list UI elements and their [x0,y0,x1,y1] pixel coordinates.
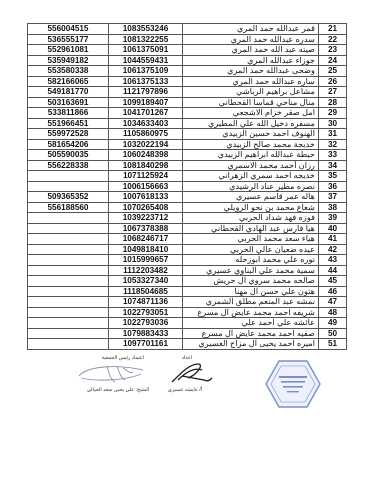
national-id-cell: 1105860975 [109,129,183,140]
phone-cell: 503163691 [28,97,109,108]
phone-cell: 559972528 [28,129,109,140]
row-number-cell: 36 [319,181,347,192]
table-row: 1022793051شريفه احمد محمد عايض آل مسرع48 [28,307,347,318]
national-id-cell: 1041701267 [109,108,183,119]
national-id-cell: 1068246717 [109,234,183,245]
national-id-cell: 1007618133 [109,192,183,203]
phone-cell: 533811866 [28,108,109,119]
name-cell: عيده ضعيان عالي الحربي [183,244,319,255]
name-cell: خديجه احمد سمري الزهراني [183,171,319,182]
name-cell: نصره مطير عناد الرشيدي [183,181,319,192]
name-cell: صالحه محمد سروي آل حريش [183,276,319,287]
row-number-cell: 32 [319,139,347,150]
row-number-cell: 30 [319,118,347,129]
table-row: 1022793036عائشه علي احمد علي49 [28,318,347,329]
row-number-cell: 41 [319,234,347,245]
row-number-cell: 26 [319,76,347,87]
name-cell: اميره احمد يحيى آل مزاح العسيري [183,339,319,350]
phone-cell [28,307,109,318]
row-number-cell: 35 [319,171,347,182]
table-row: 1118504685هتون علي حسن آل مهنا46 [28,286,347,297]
table-row: 5365551771081322255سدره عبدالله حمد المر… [28,34,347,45]
table-row: 1039223712فوزه فهد شداد الحربي39 [28,213,347,224]
row-number-cell: 33 [319,150,347,161]
national-id-cell: 1074871136 [109,297,183,308]
row-number-cell: 28 [319,97,347,108]
name-cell: منال مناحي قماسا القحطاني [183,97,319,108]
name-cell: عائشه علي احمد علي [183,318,319,329]
name-cell: شعاع محمد بن نحو الرويلي [183,202,319,213]
name-cell: هيا فارس عبد الهادي القحطاني [183,223,319,234]
phone-cell: 505590035 [28,150,109,161]
table-row: 5535803381061375109وضحى عبدالله حمد المر… [28,66,347,77]
row-number-cell: 42 [319,244,347,255]
table-row: 5821660651061375133ساره عبدالله حمد المر… [28,76,347,87]
national-id-cell: 1061375133 [109,76,183,87]
national-id-cell: 1044559431 [109,55,183,66]
table-row: 1068246717هياء سعد محمد الحربي41 [28,234,347,245]
name-cell: صيته عبد الله حمد المري [183,45,319,56]
national-id-cell: 1039223712 [109,213,183,224]
national-id-cell: 1081322255 [109,34,183,45]
name-cell: نوره علي محمد ابوزحله [183,255,319,266]
phone-cell [28,223,109,234]
row-number-cell: 27 [319,87,347,98]
name-cell: سدره عبدالله حمد المري [183,34,319,45]
prepared-signature-icon [168,360,213,386]
table-row: 1097701161اميره احمد يحيى آل مزاح العسير… [28,339,347,350]
national-id-cell: 1079883433 [109,328,183,339]
name-cell: قمر عبدالله حمد المري [183,24,319,35]
national-id-cell: 1118504685 [109,286,183,297]
phone-cell [28,339,109,350]
phone-cell [28,234,109,245]
phone-cell: 552961081 [28,45,109,56]
phone-cell [28,318,109,329]
national-id-cell: 1070265408 [109,202,183,213]
name-cell: هتون علي حسن آل مهنا [183,286,319,297]
phone-cell: 556188560 [28,202,109,213]
row-number-cell: 44 [319,265,347,276]
table-row: 5338118661041701267امل صقر خزام الاشجعي2… [28,108,347,119]
national-id-cell: 1099189407 [109,97,183,108]
national-id-cell: 1032022194 [109,139,183,150]
row-number-cell: 50 [319,328,347,339]
name-cell: مشاعل براهيم الرباشي [183,87,319,98]
row-number-cell: 22 [319,34,347,45]
national-id-cell: 1097701161 [109,339,183,350]
row-number-cell: 46 [319,286,347,297]
name-cell: حيطة عبدالله ابراهيم الزبيدي [183,150,319,161]
table-row: 1112203482سمية محمد علي البناوي عسيري44 [28,265,347,276]
national-id-cell: 1112203482 [109,265,183,276]
name-cell: رزان أحمد محمد الاسمري [183,160,319,171]
row-number-cell: 31 [319,129,347,140]
phone-cell: 582166065 [28,76,109,87]
national-id-cell: 1022793051 [109,307,183,318]
name-cell: سمية محمد علي البناوي عسيري [183,265,319,276]
table-row: 1049818410عيده ضعيان عالي الحربي42 [28,244,347,255]
table-row: 5031636911099189407منال مناحي قماسا القح… [28,97,347,108]
row-number-cell: 43 [319,255,347,266]
member-table-body: 5560045151083553246قمر عبدالله حمد المري… [28,24,347,350]
name-cell: خديجة محمد صالح الزبيدي [183,139,319,150]
name-cell: امل صقر خزام الاشجعي [183,108,319,119]
row-number-cell: 38 [319,202,347,213]
name-cell: وضحى عبدالله حمد المري [183,66,319,77]
table-row: 5560045151083553246قمر عبدالله حمد المري… [28,24,347,35]
table-row: 5359491821044559431جوزاء عبدالله المري24 [28,55,347,66]
table-row: 1071125924خديجه احمد سمري الزهراني35 [28,171,347,182]
phone-cell: 549181770 [28,87,109,98]
national-id-cell: 1083553246 [109,24,183,35]
phone-cell: 581654206 [28,139,109,150]
row-number-cell: 25 [319,66,347,77]
approval-title: اعتماد رئيس الجمعية [88,355,158,361]
row-number-cell: 45 [319,276,347,287]
table-row: 5491817701121797896مشاعل براهيم الرباشي2… [28,87,347,98]
phone-cell [28,213,109,224]
table-row: 5529610811061375091صيته عبد الله حمد الم… [28,45,347,56]
row-number-cell: 34 [319,160,347,171]
national-id-cell: 1061375109 [109,66,183,77]
table-row: 1079883433صفيه احمد محمد عايض آل مسرع50 [28,328,347,339]
phone-cell: 535949182 [28,55,109,66]
name-cell: صفيه احمد محمد عايض آل مسرع [183,328,319,339]
national-id-cell: 1067378388 [109,223,183,234]
document-page: 5560045151083553246قمر عبدالله حمد المري… [0,0,366,500]
national-id-cell: 1006156663 [109,181,183,192]
row-number-cell: 23 [319,45,347,56]
table-row: 5519664511034633403مسفره دخيل الله علي ا… [28,118,347,129]
row-number-cell: 29 [319,108,347,119]
row-number-cell: 48 [319,307,347,318]
national-id-cell: 1081840298 [109,160,183,171]
name-cell: جوزاء عبدالله المري [183,55,319,66]
national-id-cell: 1049818410 [109,244,183,255]
phone-cell: 556228338 [28,160,109,171]
phone-cell [28,244,109,255]
name-cell: نمشه عبد المنعم مطلق الشمري [183,297,319,308]
table-row: 5093653521007618133هاله عمر قاسم عسيري37 [28,192,347,203]
phone-cell: 509365352 [28,192,109,203]
national-id-cell: 1015999657 [109,255,183,266]
national-id-cell: 1060248398 [109,150,183,161]
national-id-cell: 1071125924 [109,171,183,182]
row-number-cell: 51 [319,339,347,350]
national-id-cell: 1022793036 [109,318,183,329]
table-row: 1015999657نوره علي محمد ابوزحله43 [28,255,347,266]
row-number-cell: 40 [319,223,347,234]
phone-cell: 553580338 [28,66,109,77]
row-number-cell: 24 [319,55,347,66]
phone-cell [28,171,109,182]
phone-cell [28,328,109,339]
row-number-cell: 47 [319,297,347,308]
name-cell: الهنوف احمد حسين الزبيدي [183,129,319,140]
phone-cell: 551966451 [28,118,109,129]
name-cell: مسفره دخيل الله علي المطيري [183,118,319,129]
row-number-cell: 39 [319,213,347,224]
phone-cell: 556004515 [28,24,109,35]
table-row: 1067378388هيا فارس عبد الهادي القحطاني40 [28,223,347,234]
national-id-cell: 1034633403 [109,118,183,129]
organization-stamp-icon [265,359,321,409]
name-cell: هاله عمر قاسم عسيري [183,192,319,203]
name-cell: هياء سعد محمد الحربي [183,234,319,245]
row-number-cell: 21 [319,24,347,35]
name-cell: ساره عبدالله حمد المري [183,76,319,87]
national-id-cell: 1053327340 [109,276,183,287]
phone-cell: 536555177 [28,34,109,45]
row-number-cell: 49 [319,318,347,329]
phone-cell [28,181,109,192]
approval-signature-icon [77,362,147,384]
table-row: 1053327340صالحه محمد سروي آل حريش45 [28,276,347,287]
prepared-name: أ/ عايشه عسيري [160,387,210,393]
national-id-cell: 1061375091 [109,45,183,56]
table-row: 5561885601070265408شعاع محمد بن نحو الرو… [28,202,347,213]
table-row: 1074871136نمشه عبد المنعم مطلق الشمري47 [28,297,347,308]
phone-cell [28,276,109,287]
name-cell: شريفه احمد محمد عايض آل مسرع [183,307,319,318]
table-row: 5055900351060248398حيطة عبدالله ابراهيم … [28,150,347,161]
table-row: 1006156663نصره مطير عناد الرشيدي36 [28,181,347,192]
phone-cell [28,286,109,297]
table-row: 5562283381081840298رزان أحمد محمد الاسمر… [28,160,347,171]
table-row: 5599725281105860975الهنوف احمد حسين الزب… [28,129,347,140]
phone-cell [28,255,109,266]
approval-name: الشيخ: علي يحيى سعد الحيالي [78,387,158,393]
phone-cell [28,265,109,276]
row-number-cell: 37 [319,192,347,203]
table-row: 5816542061032022194خديجة محمد صالح الزبي… [28,139,347,150]
phone-cell [28,297,109,308]
national-id-cell: 1121797896 [109,87,183,98]
name-cell: فوزه فهد شداد الحربي [183,213,319,224]
member-table: 5560045151083553246قمر عبدالله حمد المري… [27,23,347,350]
